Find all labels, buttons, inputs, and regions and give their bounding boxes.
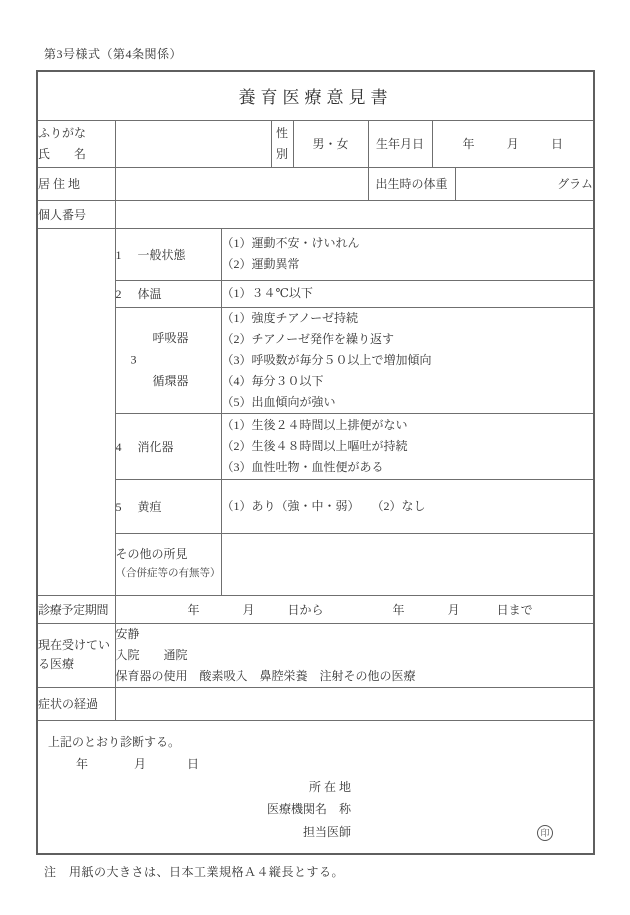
- respiratory-label: 呼吸器: [153, 328, 221, 349]
- item-number: 1: [116, 248, 138, 263]
- day-unit-label: 日: [551, 135, 563, 152]
- period-from-year: 年: [188, 601, 200, 618]
- address-input-area[interactable]: [115, 167, 368, 200]
- finding-temperature-label: 2体温: [115, 280, 221, 307]
- paper-size-note: 注 用紙の大きさは、日本工業規格Ａ４縦長とする。: [36, 855, 594, 880]
- finding-temperature-options: （1）３４℃以下: [221, 280, 594, 307]
- period-to-year: 年: [393, 601, 405, 618]
- finding-digestive-options: （1）生後２４時間以上排便がない （2）生後４８時間以上嘔吐が持続 （3）血性吐…: [221, 413, 594, 479]
- name-label: 氏 名: [38, 144, 115, 165]
- other-findings-label: その他の所見: [116, 545, 221, 564]
- doctor-label: 担当医師: [303, 825, 351, 839]
- symptom-progress-input-area[interactable]: [115, 687, 594, 720]
- sex-label: 性別: [271, 120, 293, 167]
- circulatory-label: 循環器: [153, 371, 221, 392]
- birth-weight-label: 出生時の体重: [368, 167, 455, 200]
- other-findings-input-area[interactable]: [221, 533, 594, 595]
- form-title: 養育医療意見書: [37, 71, 594, 120]
- form-table: 養育医療意見書 ふりがな 氏 名 性別 男・女 生年月日 年 月: [36, 70, 595, 855]
- doctor-line: 担当医師 印: [38, 821, 593, 844]
- option-line: （1）生後２４時間以上排便がない: [222, 415, 594, 436]
- treatment-option-line: 入院 通院: [116, 645, 594, 666]
- finding-respiratory-options: （1）強度チアノーゼ持続 （2）チアノーゼ発作を繰り返す （3）呼吸数が毎分５０…: [221, 307, 594, 413]
- birthdate-label: 生年月日: [368, 120, 432, 167]
- option-line: （3）呼吸数が毎分５０以上で増加傾向: [222, 350, 594, 371]
- option-line: （1）強度チアノーゼ持続: [222, 308, 594, 329]
- finding-digestive-label: 4消化器: [115, 413, 221, 479]
- sign-day-label: 日: [187, 753, 199, 776]
- furigana-label: ふりがな: [38, 123, 115, 144]
- finding-jaundice-label: 5黄疸: [115, 479, 221, 533]
- institution-name-label: 医療機関名 称: [38, 798, 593, 821]
- treatment-period-label: 診療予定期間: [37, 595, 115, 623]
- finding-jaundice-options: （1）あり（強・中・弱） （2）なし: [221, 479, 594, 533]
- treatment-option-line: 安静: [116, 624, 594, 645]
- signature-block: 上記のとおり診断する。 年 月 日 所 在 地 医療機関名 称 担当医師 印: [37, 720, 594, 854]
- diagnosis-statement: 上記のとおり診断する。: [38, 731, 593, 754]
- option-line: （3）血性吐物・血性便がある: [222, 457, 594, 478]
- option-line: （2）運動異常: [222, 254, 594, 275]
- treatment-option-line: 保育器の使用 酸素吸入 鼻腔栄養 注射その他の医療: [116, 666, 594, 687]
- findings-left-spacer: [37, 228, 115, 595]
- item-number: 3: [131, 353, 137, 368]
- name-label-cell: ふりがな 氏 名: [37, 120, 115, 167]
- birthdate-input-area[interactable]: 年 月 日: [432, 120, 594, 167]
- personal-number-label: 個人番号: [37, 200, 115, 228]
- finding-general-label: 1一般状態: [115, 228, 221, 280]
- period-from-day: 日から: [288, 601, 324, 618]
- finding-respiratory-label: 3 呼吸器 循環器: [115, 307, 221, 413]
- option-line: （2）チアノーゼ発作を繰り返す: [222, 329, 594, 350]
- sex-options: 男・女: [293, 120, 368, 167]
- personal-number-input-area[interactable]: [115, 200, 594, 228]
- treatment-period-input-area[interactable]: 年 月 日から 年 月 日まで: [115, 595, 594, 623]
- item-number: 4: [116, 440, 138, 455]
- symptom-progress-label: 症状の経過: [37, 687, 115, 720]
- form-page: 第3号様式（第4条関係） 養育医療意見書 ふりがな 氏 名 性別: [0, 0, 630, 915]
- option-line: （1）あり（強・中・弱） （2）なし: [222, 496, 594, 517]
- name-input-area[interactable]: [115, 120, 271, 167]
- option-line: （2）生後４８時間以上嘔吐が持続: [222, 436, 594, 457]
- other-findings-label-cell: その他の所見 （合併症等の有無等）: [115, 533, 221, 595]
- item-number: 2: [116, 287, 138, 302]
- current-treatment-options: 安静 入院 通院 保育器の使用 酸素吸入 鼻腔栄養 注射その他の医療: [115, 623, 594, 687]
- sign-year-label: 年: [76, 753, 88, 776]
- month-unit-label: 月: [507, 135, 519, 152]
- year-unit-label: 年: [463, 135, 475, 152]
- option-line: （5）出血傾向が強い: [222, 392, 594, 413]
- period-to-month: 月: [448, 601, 460, 618]
- option-line: （1）運動不安・けいれん: [222, 233, 594, 254]
- institution-address-label: 所 在 地: [38, 776, 593, 799]
- diagnosis-date-area[interactable]: 年 月 日: [38, 753, 593, 776]
- option-line: （4）毎分３０以下: [222, 371, 594, 392]
- period-from-month: 月: [243, 601, 255, 618]
- sign-month-label: 月: [134, 753, 146, 776]
- current-treatment-label: 現在受けている医療: [37, 623, 115, 687]
- seal-icon: 印: [537, 825, 553, 841]
- other-findings-note: （合併症等の有無等）: [116, 564, 221, 583]
- period-to-day: 日まで: [497, 601, 533, 618]
- birth-weight-input-area[interactable]: グラム: [455, 167, 594, 200]
- option-line: （1）３４℃以下: [222, 283, 594, 304]
- form-number-label: 第3号様式（第4条関係）: [36, 0, 594, 70]
- finding-general-options: （1）運動不安・けいれん （2）運動異常: [221, 228, 594, 280]
- item-number: 5: [116, 500, 138, 515]
- address-label: 居 住 地: [37, 167, 115, 200]
- weight-unit-label: グラム: [557, 177, 593, 191]
